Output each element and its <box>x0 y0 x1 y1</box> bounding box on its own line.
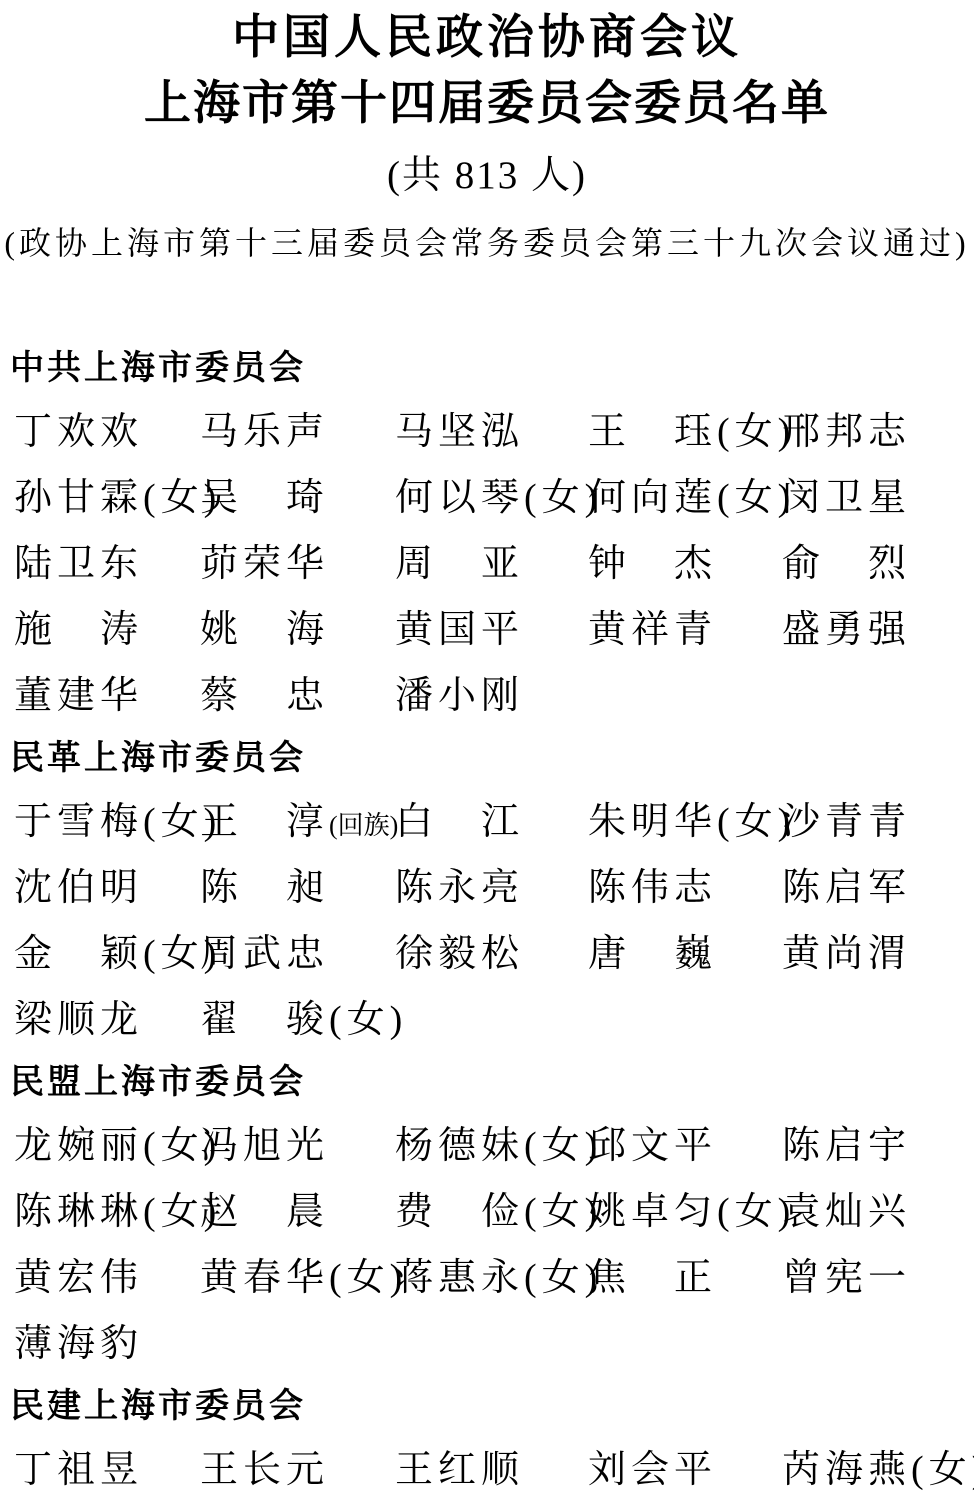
member-name: 王红顺 <box>395 1438 588 1492</box>
member-name: 盛勇强 <box>782 598 974 653</box>
member-name: 费 俭(女) <box>395 1180 588 1235</box>
member-row: 陈琳琳(女)赵 晨费 俭(女)姚卓匀(女)袁灿兴 <box>0 1174 974 1240</box>
member-name: 周武忠 <box>200 922 395 977</box>
member-name: 马坚泓 <box>395 400 588 455</box>
member-row: 沈伯明陈 昶陈永亮陈伟志陈启军 <box>0 850 974 916</box>
member-name: 朱明华(女) <box>588 790 782 845</box>
member-name: 何以琴(女) <box>395 466 588 521</box>
member-name: 陈伟志 <box>588 856 782 911</box>
member-name: 吴 琦 <box>200 466 395 521</box>
member-row: 薄海豹 <box>0 1306 974 1372</box>
member-name: 于雪梅(女) <box>14 790 200 845</box>
member-name: 周 亚 <box>395 532 588 587</box>
member-name: 金 颖(女) <box>14 922 200 977</box>
member-name: 邢邦志 <box>782 400 974 455</box>
member-name: 陈启军 <box>782 856 974 911</box>
member-name: 黄春华(女) <box>200 1246 395 1301</box>
member-name: 白 江 <box>395 790 588 845</box>
doc-title-line2: 上海市第十四届委员会委员名单 <box>0 78 974 130</box>
document-page: 中国人民政治协商会议 上海市第十四届委员会委员名单 (共 813 人) (政协上… <box>0 0 974 1492</box>
member-name: 杨德妹(女) <box>395 1114 588 1169</box>
member-name: 孙甘霖(女) <box>14 466 200 521</box>
member-name: 何向莲(女) <box>588 466 782 521</box>
member-name: 施 涛 <box>14 598 200 653</box>
member-name: 蒋惠永(女) <box>395 1246 588 1301</box>
member-name: 陈永亮 <box>395 856 588 911</box>
member-name: 陈琳琳(女) <box>14 1180 200 1235</box>
member-row: 丁欢欢马乐声马坚泓王 珏(女)邢邦志 <box>0 394 974 460</box>
member-name: 陈 昶 <box>200 856 395 911</box>
member-row: 陆卫东茆荣华周 亚钟 杰俞 烈 <box>0 526 974 592</box>
member-row: 董建华蔡 忠潘小刚 <box>0 658 974 724</box>
member-name: 焦 正 <box>588 1246 782 1301</box>
member-row: 孙甘霖(女)吴 琦何以琴(女)何向莲(女)闵卫星 <box>0 460 974 526</box>
member-row: 梁顺龙翟 骏(女) <box>0 982 974 1048</box>
member-row: 施 涛姚 海黄国平黄祥青盛勇强 <box>0 592 974 658</box>
member-name: 姚卓匀(女) <box>588 1180 782 1235</box>
member-name: 丁欢欢 <box>14 400 200 455</box>
section-heading: 民革上海市委员会 <box>10 738 974 778</box>
member-name: 赵 晨 <box>200 1180 395 1235</box>
member-name: 陆卫东 <box>14 532 200 587</box>
member-list: 中共上海市委员会丁欢欢马乐声马坚泓王 珏(女)邢邦志孙甘霖(女)吴 琦何以琴(女… <box>0 334 974 1492</box>
member-name: 黄祥青 <box>588 598 782 653</box>
member-name: 唐 巍 <box>588 922 782 977</box>
member-name: 薄海豹 <box>14 1312 200 1367</box>
member-name: 王 淳(回族) <box>200 790 395 845</box>
member-name: 丁祖昱 <box>14 1438 200 1492</box>
doc-title-line1: 中国人民政治协商会议 <box>0 0 974 64</box>
member-name: 马乐声 <box>200 400 395 455</box>
section-heading: 民建上海市委员会 <box>10 1386 974 1426</box>
member-count: (共 813 人) <box>0 154 974 198</box>
member-name: 黄国平 <box>395 598 588 653</box>
section-heading: 民盟上海市委员会 <box>10 1062 974 1102</box>
party-section: 中共上海市委员会丁欢欢马乐声马坚泓王 珏(女)邢邦志孙甘霖(女)吴 琦何以琴(女… <box>0 334 974 724</box>
member-name: 闵卫星 <box>782 466 974 521</box>
member-rows: 丁祖昱王长元王红顺刘会平芮海燕(女) <box>0 1432 974 1492</box>
member-row: 金 颖(女)周武忠徐毅松唐 巍黄尚渭 <box>0 916 974 982</box>
member-name: 冯旭光 <box>200 1114 395 1169</box>
member-name: 王 珏(女) <box>588 400 782 455</box>
member-name: 龙婉丽(女) <box>14 1114 200 1169</box>
member-name: 蔡 忠 <box>200 664 395 719</box>
member-row: 丁祖昱王长元王红顺刘会平芮海燕(女) <box>0 1432 974 1492</box>
member-name: 刘会平 <box>588 1438 782 1492</box>
member-name: 董建华 <box>14 664 200 719</box>
member-name: 黄宏伟 <box>14 1246 200 1301</box>
member-name: 钟 杰 <box>588 532 782 587</box>
member-name: 曾宪一 <box>782 1246 974 1301</box>
member-name: 徐毅松 <box>395 922 588 977</box>
member-name: 姚 海 <box>200 598 395 653</box>
member-name: 王长元 <box>200 1438 395 1492</box>
member-name: 梁顺龙 <box>14 988 200 1043</box>
member-name: 邱文平 <box>588 1114 782 1169</box>
section-heading: 中共上海市委员会 <box>10 348 974 388</box>
member-row: 龙婉丽(女)冯旭光杨德妹(女)邱文平陈启宇 <box>0 1108 974 1174</box>
member-name: 潘小刚 <box>395 664 588 719</box>
ethnic-suffix: (回族) <box>329 811 398 840</box>
member-name: 袁灿兴 <box>782 1180 974 1235</box>
member-name: 翟 骏(女) <box>200 988 395 1043</box>
member-name: 沙青青 <box>782 790 974 845</box>
member-name: 芮海燕(女) <box>782 1438 974 1492</box>
member-name: 茆荣华 <box>200 532 395 587</box>
party-section: 民革上海市委员会于雪梅(女)王 淳(回族)白 江朱明华(女)沙青青沈伯明陈 昶陈… <box>0 724 974 1048</box>
member-name: 俞 烈 <box>782 532 974 587</box>
member-rows: 于雪梅(女)王 淳(回族)白 江朱明华(女)沙青青沈伯明陈 昶陈永亮陈伟志陈启军… <box>0 784 974 1048</box>
member-rows: 龙婉丽(女)冯旭光杨德妹(女)邱文平陈启宇陈琳琳(女)赵 晨费 俭(女)姚卓匀(… <box>0 1108 974 1372</box>
approval-note: (政协上海市第十三届委员会常务委员会第三十九次会议通过) <box>0 224 974 262</box>
party-section: 民盟上海市委员会龙婉丽(女)冯旭光杨德妹(女)邱文平陈启宇陈琳琳(女)赵 晨费 … <box>0 1048 974 1372</box>
member-name: 陈启宇 <box>782 1114 974 1169</box>
member-rows: 丁欢欢马乐声马坚泓王 珏(女)邢邦志孙甘霖(女)吴 琦何以琴(女)何向莲(女)闵… <box>0 394 974 724</box>
party-section: 民建上海市委员会丁祖昱王长元王红顺刘会平芮海燕(女) <box>0 1372 974 1492</box>
member-name: 沈伯明 <box>14 856 200 911</box>
member-row: 于雪梅(女)王 淳(回族)白 江朱明华(女)沙青青 <box>0 784 974 850</box>
member-name: 黄尚渭 <box>782 922 974 977</box>
member-row: 黄宏伟黄春华(女)蒋惠永(女)焦 正曾宪一 <box>0 1240 974 1306</box>
